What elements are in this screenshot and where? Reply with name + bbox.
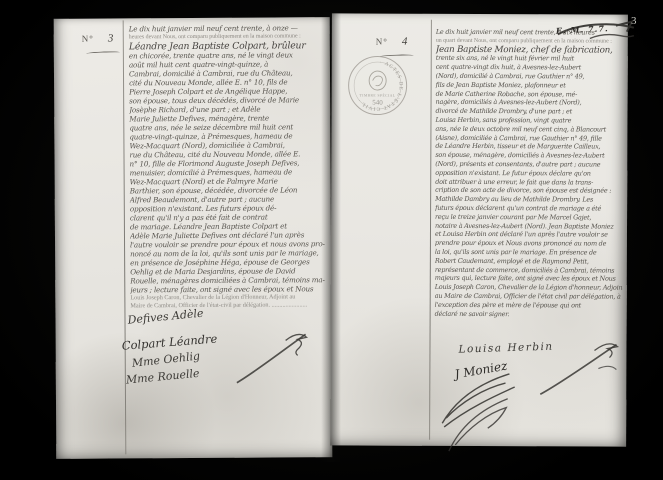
- act-number-block: N°3: [82, 28, 120, 54]
- marianne-emblem-icon: [369, 71, 386, 90]
- act-number-value: 3: [108, 32, 114, 44]
- officer-signature-flourish: [536, 334, 626, 400]
- handwritten-text-line: déclaré ne savoir signer.: [435, 309, 623, 319]
- handwritten-text-line: futurs époux déclarent qu'un contrat de …: [435, 204, 623, 214]
- printed-footer-line: Maire de Cambrai, Officier de l'état-civ…: [130, 301, 328, 310]
- handwritten-text-line: opposition n'existant. Le futur époux dé…: [435, 169, 623, 179]
- signature-groom: Colpart Léandre: [121, 332, 218, 353]
- act-number-label: N°: [82, 34, 94, 44]
- act-body-text: Le dix huit janvier mil neuf cent trente…: [129, 23, 328, 294]
- signature-bride: Defives Adèle: [127, 307, 204, 327]
- stamp-inner-label: TIMBRE SPÉCIAL: [360, 92, 396, 97]
- margin-rule: [429, 20, 432, 440]
- handwritten-text-line: Robert Caudemant, employé et de Raymond …: [435, 257, 623, 267]
- margin-rule: [123, 20, 127, 454]
- handwritten-text-line: l'exception des père et mère de l'épouse…: [435, 301, 623, 311]
- printed-officer-footer: Louis Joseph Caron, Chevalier de la Légi…: [130, 293, 328, 309]
- stamp-value: 540: [372, 99, 383, 107]
- act-number-label: N°: [376, 37, 388, 47]
- act-body-text: Le dix huit janvier mil neuf cent trente…: [435, 28, 624, 321]
- frame-number: 3: [631, 15, 637, 27]
- handwritten-text-line: reçu le treize janvier courant par Me Ma…: [435, 213, 623, 223]
- register-page-act-4: N°4 · ACTES DE L'ÉTAT CIVIL · TIMBRE SPÉ…: [330, 13, 628, 446]
- handwritten-text-line: au Maire de Cambrai, Officier de l'état …: [435, 292, 623, 302]
- handwritten-text-line: ans, née le deux octobre mil neuf cent c…: [435, 125, 623, 135]
- handwritten-text-line: fils de Jean Baptiste Moniez, plafonneur…: [436, 81, 624, 91]
- microfilm-scan-background: N°3 Le dix huit janvier mil neuf cent tr…: [0, 0, 663, 480]
- act-number-value: 4: [402, 36, 408, 48]
- signature-witness-2: Mme Rouelle: [125, 367, 200, 387]
- act-number-dash: [86, 51, 120, 55]
- handwritten-text-line: la loi, qu'ils sont unis par le mariage.…: [435, 248, 623, 258]
- fiscal-stamp: · ACTES DE L'ÉTAT CIVIL · TIMBRE SPÉCIAL…: [345, 53, 409, 121]
- register-page-act-3: N°3 Le dix huit janvier mil neuf cent tr…: [54, 17, 333, 459]
- officer-signature-flourish: [234, 325, 316, 387]
